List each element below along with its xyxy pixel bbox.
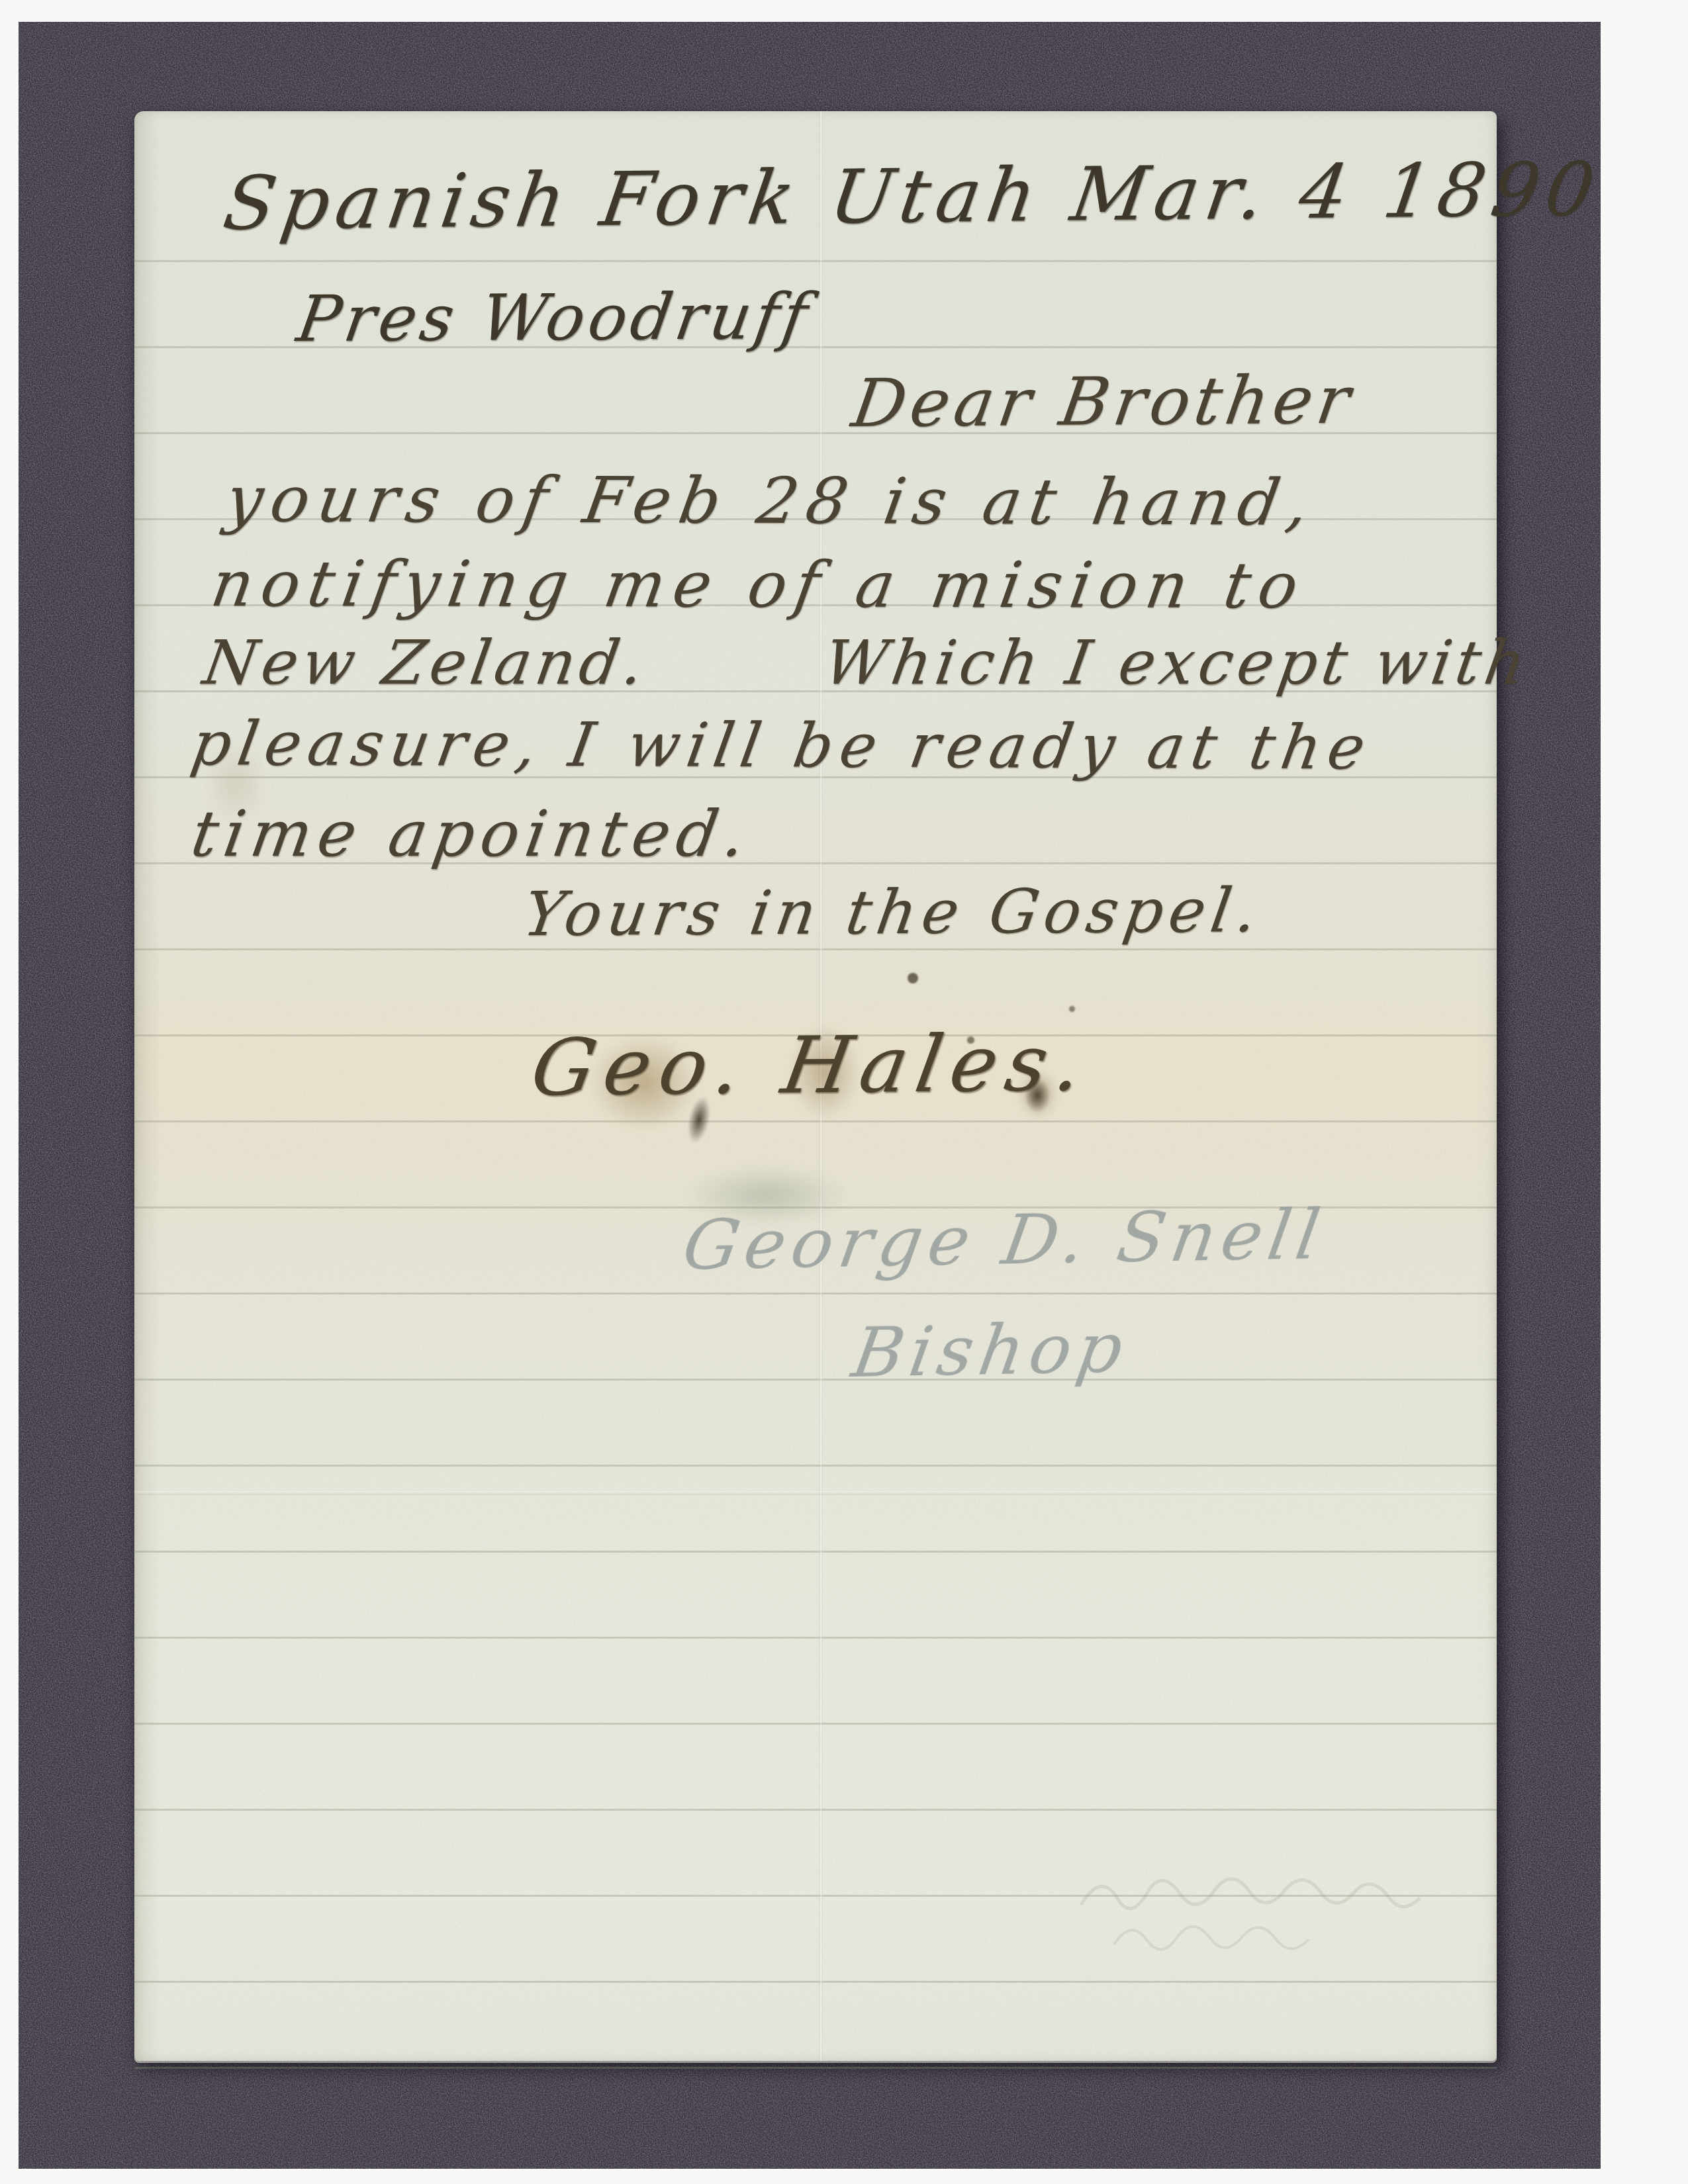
body-line-3: New Zeland.Which I except with [199,633,1534,694]
recipient-line: Pres Woodruff [293,285,815,351]
ink-signature: Geo. Hales. [526,1024,1097,1107]
pencil-signature-title: Bishop [848,1314,1133,1387]
pencil-signature-name: George D. Snell [679,1200,1331,1280]
body-line-2: notifying me of a mision to [207,552,1311,617]
horizontal-fold-crease [134,1491,1497,1495]
dateline: Spanish Fork Utah Mar. 4 1890 [219,152,1605,241]
body-line-1: yours of Feb 28 is at hand, [222,467,1321,535]
letter-scan: Spanish Fork Utah Mar. 4 1890 Pres Woodr… [0,0,1688,2184]
closing-line: Yours in the Gospel. [520,880,1267,945]
body-line-4: pleasure, I will be ready at the [187,713,1376,778]
body-line-3a: New Zeland. [199,633,653,694]
body-line-5: time apointed. [187,802,756,866]
letter-paper: Spanish Fork Utah Mar. 4 1890 Pres Woodr… [134,111,1497,2061]
salutation-line: Dear Brother [848,367,1359,437]
body-line-3b: Which I except with [820,633,1534,694]
